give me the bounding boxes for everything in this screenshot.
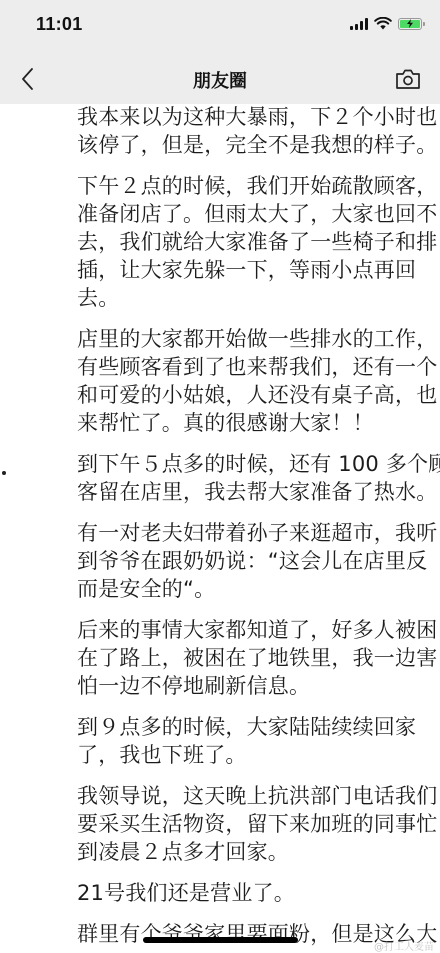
status-icons xyxy=(350,17,422,30)
page-title: 朋友圈 xyxy=(0,67,440,93)
watermark: @打工人麦苗 xyxy=(374,938,434,953)
cellular-signal-icon xyxy=(350,18,368,30)
text-line: 我本来以为这种大暴雨，下２个小时也 xyxy=(77,103,429,131)
battery-charging-icon xyxy=(398,18,422,30)
text-line: 到下午５点多的时候，还有 100 多个顾 xyxy=(77,450,429,478)
text-line: 在了路上，被困在了地铁里，我一边害 xyxy=(77,644,429,672)
text-line: 来帮忙了。真的很感谢大家！！ xyxy=(77,409,429,437)
paragraph-7: 到９点多的时候，大家陆陆续续回家 了，我也下班了。 xyxy=(77,713,429,769)
text-line: 我领导说，这天晚上抗洪部门电话我们 xyxy=(77,782,429,810)
header: 11:01 xyxy=(0,0,440,104)
text-line: 了，我也下班了。 xyxy=(77,741,429,769)
post-content: 我本来以为这种大暴雨，下２个小时也 该停了，但是，完全不是我想的样子。 下午２点… xyxy=(77,103,429,953)
status-time: 11:01 xyxy=(36,14,83,35)
text-line: 21号我们还是营业了。 xyxy=(77,879,429,907)
text-line: 该停了，但是，完全不是我想的样子。 xyxy=(77,131,429,159)
paragraph-9: 21号我们还是营业了。 xyxy=(77,879,429,907)
text-line: 去。 xyxy=(77,284,429,312)
paragraph-1: 我本来以为这种大暴雨，下２个小时也 该停了，但是，完全不是我想的样子。 xyxy=(77,103,429,159)
nav-bar: 朋友圈 xyxy=(0,55,440,103)
paragraph-4: 到下午５点多的时候，还有 100 多个顾 客留在店里，我去帮大家准备了热水。 xyxy=(77,450,429,506)
text-line: 到爷爷在跟奶奶说：“这会儿在店里反 xyxy=(77,547,429,575)
camera-button[interactable] xyxy=(394,65,422,93)
status-bar: 11:01 xyxy=(0,0,440,50)
text-line: 到凌晨２点多才回家。 xyxy=(77,838,429,866)
text-line: 插，让大家先躲一下，等雨小点再回 xyxy=(77,256,429,284)
paragraph-3: 店里的大家都开始做一些排水的工作， 有些顾客看到了也来帮我们，还有一个 和可爱的… xyxy=(77,325,429,437)
lightning-bolt-icon xyxy=(406,19,414,28)
camera-icon xyxy=(395,68,421,90)
text-line: 有些顾客看到了也来帮我们，还有一个 xyxy=(77,353,429,381)
paragraph-2: 下午２点的时候，我们开始疏散顾客， 准备闭店了。但雨太大了，大家也回不 去，我们… xyxy=(77,172,429,312)
text-line: 下午２点的时候，我们开始疏散顾客， xyxy=(77,172,429,200)
paragraph-5: 有一对老夫妇带着孙子来逛超市，我听 到爷爷在跟奶奶说：“这会儿在店里反 而是安全… xyxy=(77,519,429,603)
text-line: 后来的事情大家都知道了，好多人被困 xyxy=(77,616,429,644)
home-indicator-bar[interactable] xyxy=(143,937,298,943)
paragraph-8: 我领导说，这天晚上抗洪部门电话我们 要采买生活物资，留下来加班的同事忙 到凌晨２… xyxy=(77,782,429,866)
wifi-icon xyxy=(374,17,392,30)
text-line: 去，我们就给大家准备了一些椅子和排 xyxy=(77,228,429,256)
stray-dot xyxy=(2,471,6,475)
text-line: 要采买生活物资，留下来加班的同事忙 xyxy=(77,810,429,838)
text-line: 准备闭店了。但雨太大了，大家也回不 xyxy=(77,200,429,228)
text-line: 店里的大家都开始做一些排水的工作， xyxy=(77,325,429,353)
text-line: 有一对老夫妇带着孙子来逛超市，我听 xyxy=(77,519,429,547)
text-line: 而是安全的“。 xyxy=(77,575,429,603)
paragraph-6: 后来的事情大家都知道了，好多人被困 在了路上，被困在了地铁里，我一边害 怕一边不… xyxy=(77,616,429,700)
text-line: 怕一边不停地刷新信息。 xyxy=(77,672,429,700)
text-line: 和可爱的小姑娘，人还没有桌子高，也 xyxy=(77,381,429,409)
text-line: 到９点多的时候，大家陆陆续续回家 xyxy=(77,713,429,741)
text-line: 客留在店里，我去帮大家准备了热水。 xyxy=(77,478,429,506)
